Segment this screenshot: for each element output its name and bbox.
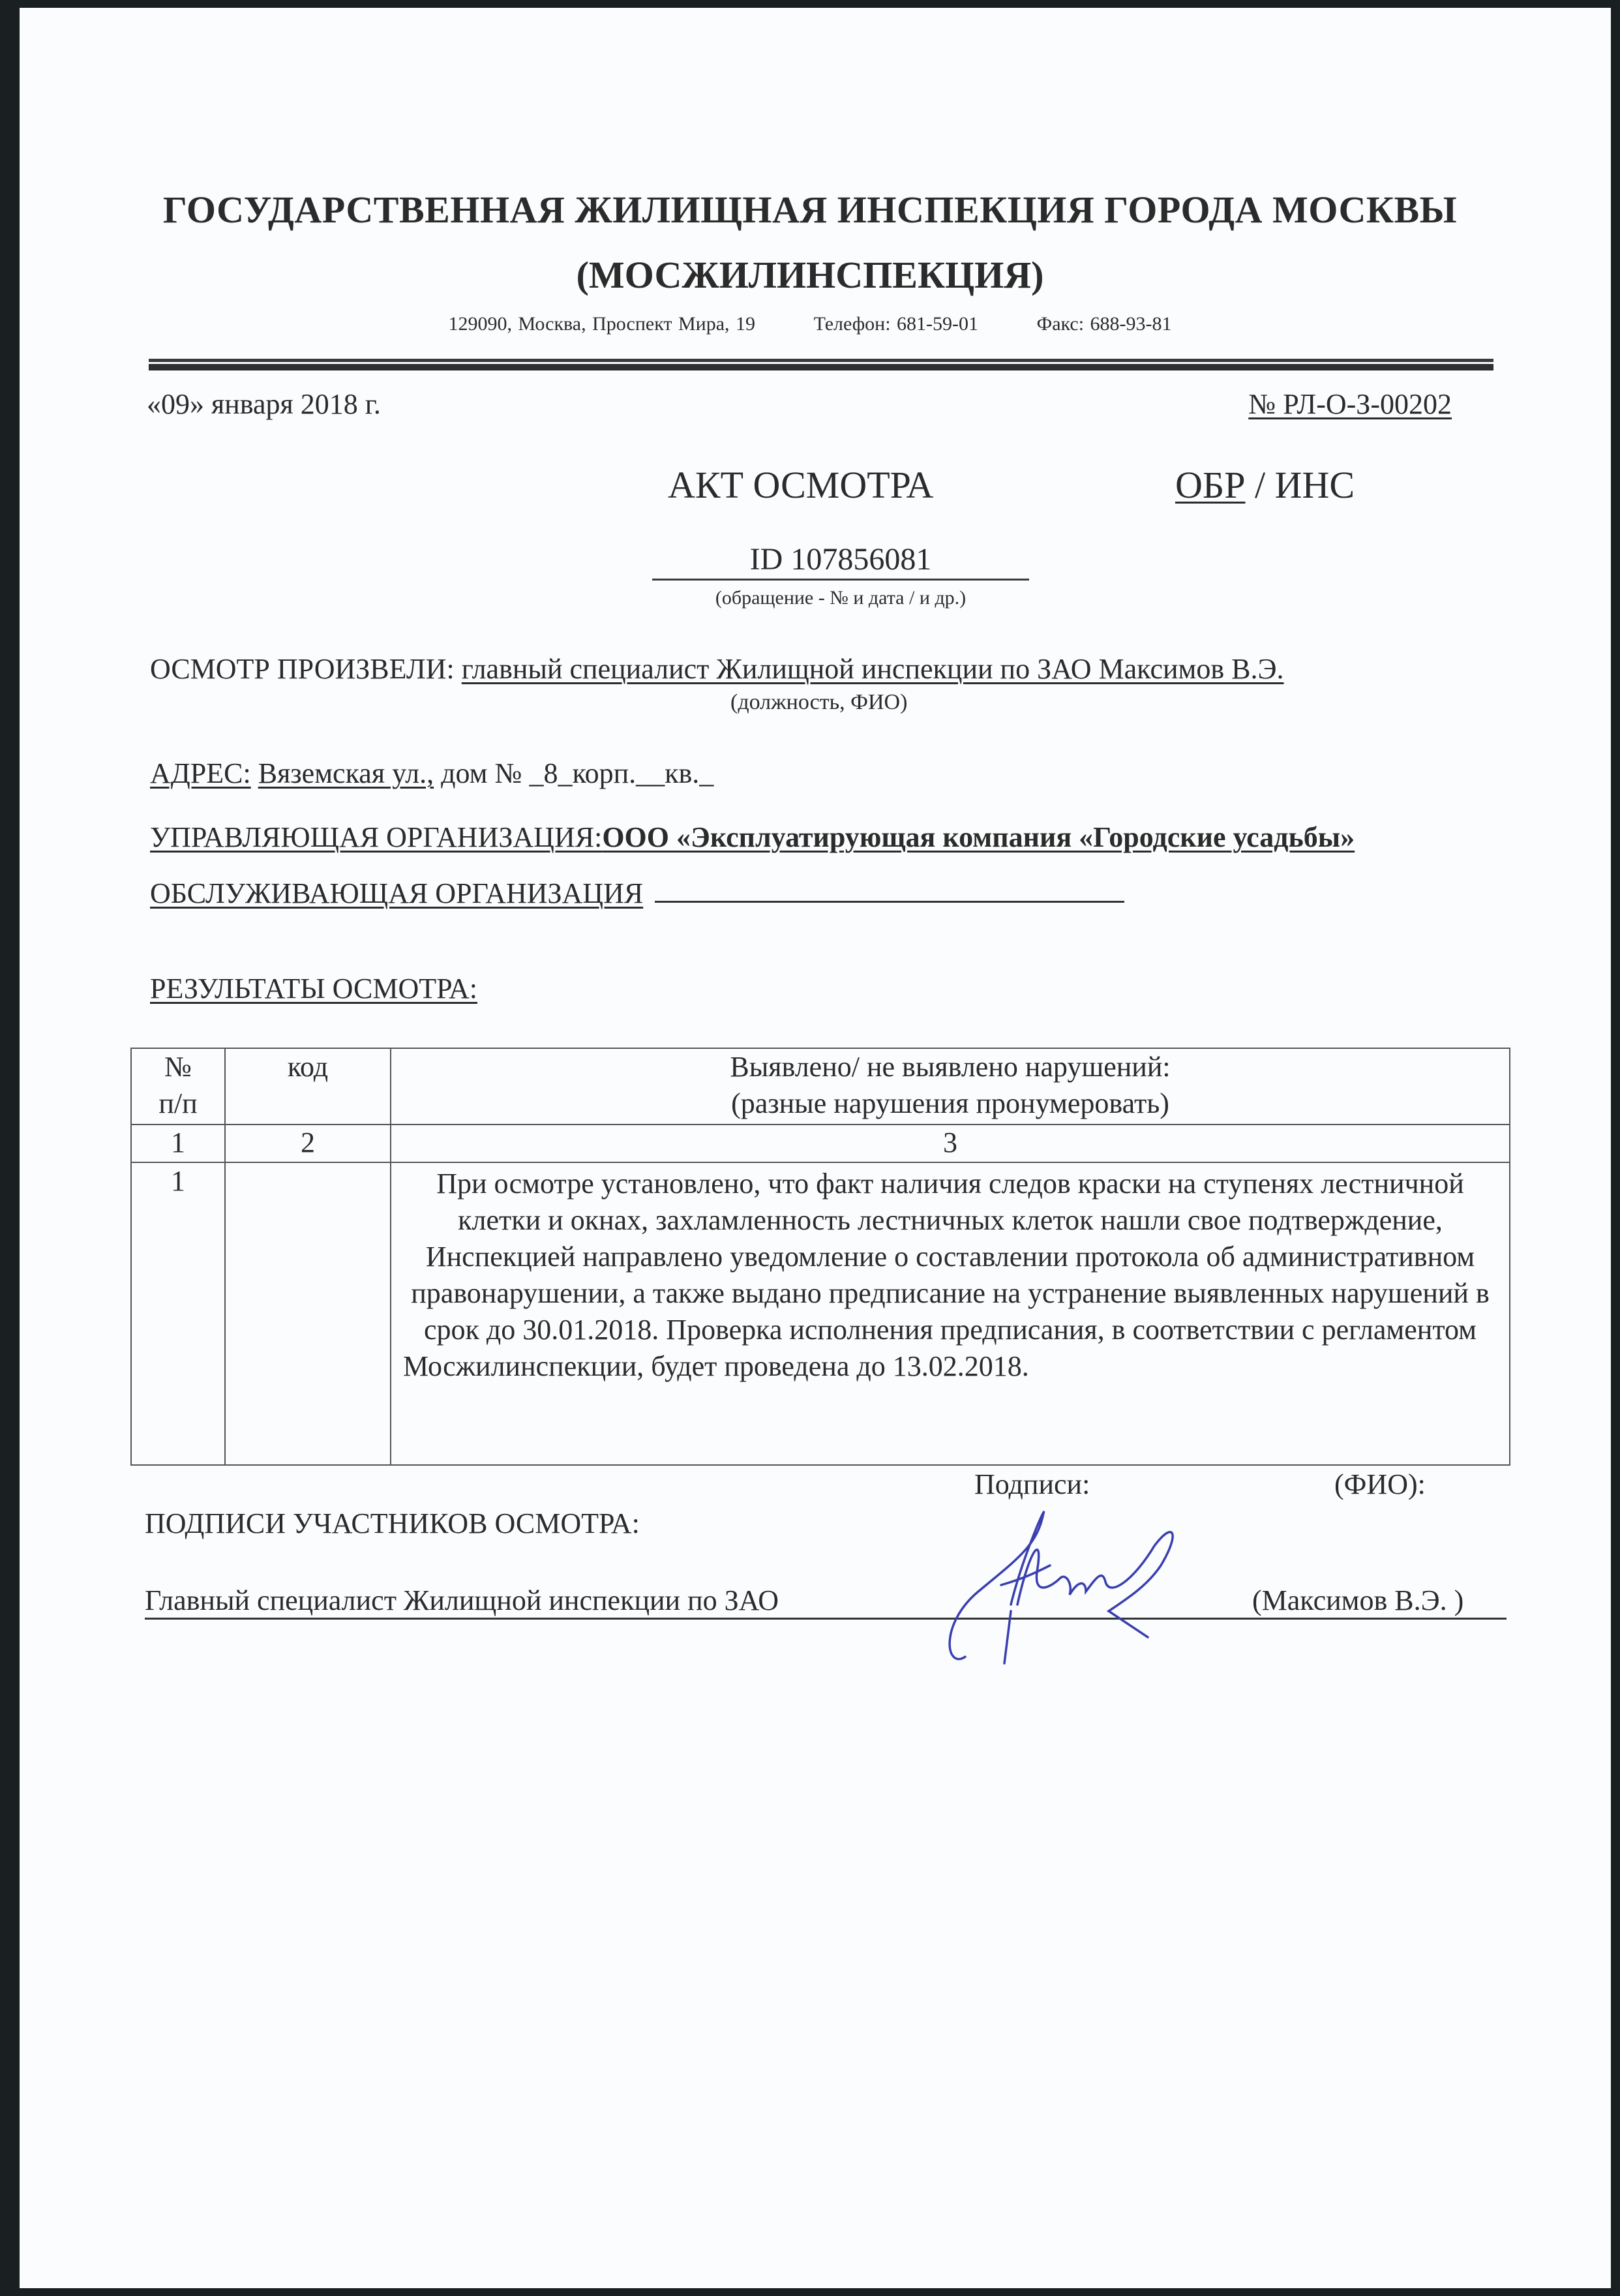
org-contacts: 129090, Москва, Проспект Мира, 19 Телефо… (0, 313, 1620, 335)
address-street: Вяземская ул., (258, 757, 434, 789)
col-number-1: 1 (131, 1125, 225, 1162)
org-phone: Телефон: 681-59-01 (814, 313, 978, 335)
inspectors-value: главный специалист Жилищной инспекции по… (462, 653, 1284, 685)
org-short-name: (МОСЖИЛИНСПЕКЦИЯ) (0, 253, 1620, 297)
act-title: АКТ ОСМОТРА (668, 463, 933, 507)
org-name: ГОСУДАРСТВЕННАЯ ЖИЛИЩНАЯ ИНСПЕКЦИЯ ГОРОД… (0, 188, 1620, 232)
header-divider-thin (149, 359, 1493, 362)
col-number-2: 2 (225, 1125, 391, 1162)
row-violation-text: При осмотре установлено, что факт наличи… (391, 1162, 1510, 1465)
table-header-row: №п/п код Выявлено/ не выявлено нарушений… (131, 1048, 1510, 1125)
inspectors-line: ОСМОТР ПРОИЗВЕЛИ: главный специалист Жил… (150, 652, 1284, 686)
request-id: ID 107856081 (652, 541, 1029, 581)
table-column-numbers-row: 1 2 3 (131, 1125, 1510, 1162)
address-line: АДРЕС: Вяземская ул., дом № _8_корп.__кв… (150, 757, 713, 790)
inspectors-caption: (должность, ФИО) (730, 690, 907, 715)
management-org-line: УПРАВЛЯЮЩАЯ ОРГАНИЗАЦИЯ:ООО «Эксплуатиру… (150, 821, 1355, 854)
request-id-caption: (обращение - № и дата / и др.) (652, 587, 1029, 609)
org-address: 129090, Москва, Проспект Мира, 19 (448, 313, 755, 335)
row-code (225, 1162, 391, 1465)
table-row: 1 При осмотре установлено, что факт нали… (131, 1162, 1510, 1465)
management-org-value: ООО «Эксплуатирующая компания «Городские… (602, 821, 1355, 853)
col-header-num: №п/п (131, 1048, 225, 1125)
address-details: дом № _8_корп.__кв._ (434, 757, 713, 789)
act-type-selected: ОБР (1175, 464, 1245, 506)
signatures-column-label: Подписи: (974, 1468, 1090, 1501)
org-fax: Факс: 688-93-81 (1037, 313, 1172, 335)
header-divider-thick (149, 364, 1493, 370)
service-org-line: ОБСЛУЖИВАЮЩАЯ ОРГАНИЗАЦИЯ (150, 877, 1124, 910)
results-label: РЕЗУЛЬТАТЫ ОСМОТРА: (150, 972, 477, 1005)
signer-name: (Максимов В.Э. ) (1252, 1584, 1463, 1617)
address-label: АДРЕС: (150, 757, 251, 789)
signer-position: Главный специалист Жилищной инспекции по… (145, 1584, 779, 1617)
col-header-code: код (225, 1048, 391, 1125)
handwritten-signature-icon (939, 1507, 1239, 1670)
service-org-value (655, 877, 1124, 903)
results-table: №п/п код Выявлено/ не выявлено нарушений… (130, 1048, 1510, 1466)
inspectors-label: ОСМОТР ПРОИЗВЕЛИ: (150, 653, 455, 685)
act-type: ОБР / ИНС (1175, 463, 1355, 507)
act-type-separator: / (1245, 464, 1274, 506)
col-number-3: 3 (391, 1125, 1510, 1162)
participants-label: ПОДПИСИ УЧАСТНИКОВ ОСМОТРА: (145, 1507, 640, 1540)
document-number: № РЛ-О-З-00202 (1248, 387, 1452, 421)
col-header-violations: Выявлено/ не выявлено нарушений:(разные … (391, 1048, 1510, 1125)
act-type-other: ИНС (1275, 464, 1355, 506)
signature-line (145, 1618, 1507, 1620)
management-org-label: УПРАВЛЯЮЩАЯ ОРГАНИЗАЦИЯ: (150, 821, 602, 853)
fio-column-label: (ФИО): (1334, 1468, 1426, 1501)
row-num: 1 (131, 1162, 225, 1465)
document-date: «09» января 2018 г. (147, 387, 381, 421)
service-org-label: ОБСЛУЖИВАЮЩАЯ ОРГАНИЗАЦИЯ (150, 877, 643, 909)
